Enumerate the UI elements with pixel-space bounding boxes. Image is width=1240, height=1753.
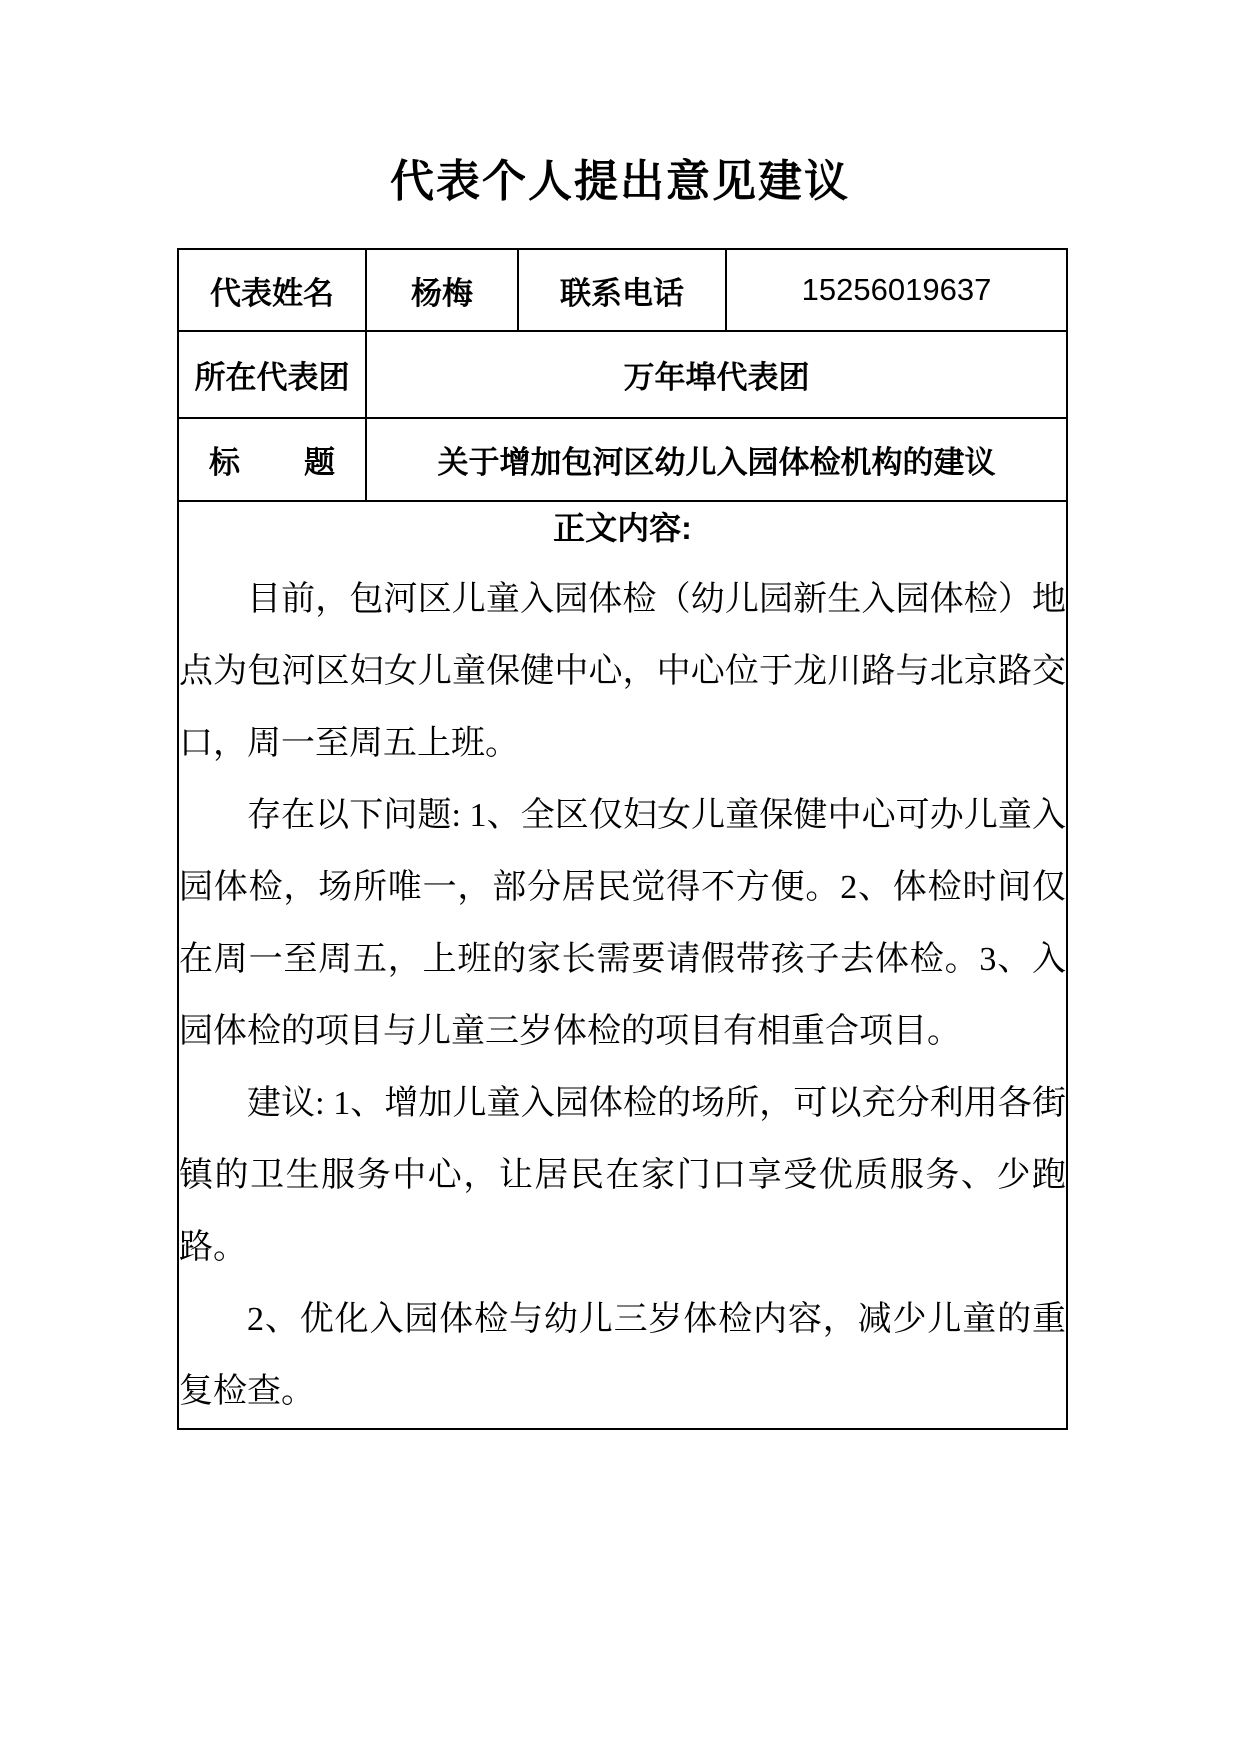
label-representative-name: 代表姓名 [178,249,366,331]
body-paragraph: 建议: 1、增加儿童入园体检的场所，可以充分利用各街镇的卫生服务中心，让居民在家… [179,1068,1066,1284]
body-content-label: 正文内容: [179,502,1066,554]
table-row-body: 正文内容: 目前，包河区儿童入园体检（幼儿园新生入园体检）地点为包河区妇女儿童保… [178,501,1067,1429]
table-row-representative: 代表姓名 杨梅 联系电话 15256019637 [178,249,1067,331]
value-contact-phone: 15256019637 [726,249,1067,331]
label-subject: 标 题 [178,418,366,501]
document-page: 代表个人提出意见建议 代表姓名 杨梅 联系电话 15256019637 所在代表… [0,0,1240,1753]
body-paragraph: 2、优化入园体检与幼儿三岁体检内容，减少儿童的重复检查。 [179,1284,1066,1428]
label-delegation: 所在代表团 [178,331,366,418]
body-cell: 正文内容: 目前，包河区儿童入园体检（幼儿园新生入园体检）地点为包河区妇女儿童保… [178,501,1067,1429]
value-representative-name: 杨梅 [366,249,518,331]
body-paragraph: 存在以下问题: 1、全区仅妇女儿童保健中心可办儿童入园体检，场所唯一，部分居民觉… [179,780,1066,1068]
value-subject: 关于增加包河区幼儿入园体检机构的建议 [366,418,1067,501]
form-table: 代表姓名 杨梅 联系电话 15256019637 所在代表团 万年埠代表团 标 … [177,248,1068,1430]
table-row-delegation: 所在代表团 万年埠代表团 [178,331,1067,418]
subject-label-char2: 题 [304,437,335,482]
subject-label-char1: 标 [209,437,240,482]
table-row-subject: 标 题 关于增加包河区幼儿入园体检机构的建议 [178,418,1067,501]
label-contact-phone: 联系电话 [518,249,726,331]
body-paragraph: 目前，包河区儿童入园体检（幼儿园新生入园体检）地点为包河区妇女儿童保健中心，中心… [179,564,1066,780]
value-delegation: 万年埠代表团 [366,331,1067,418]
body-content-text: 目前，包河区儿童入园体检（幼儿园新生入园体检）地点为包河区妇女儿童保健中心，中心… [179,564,1066,1428]
page-title: 代表个人提出意见建议 [0,145,1240,209]
subject-label-distributed: 标 题 [179,437,365,482]
